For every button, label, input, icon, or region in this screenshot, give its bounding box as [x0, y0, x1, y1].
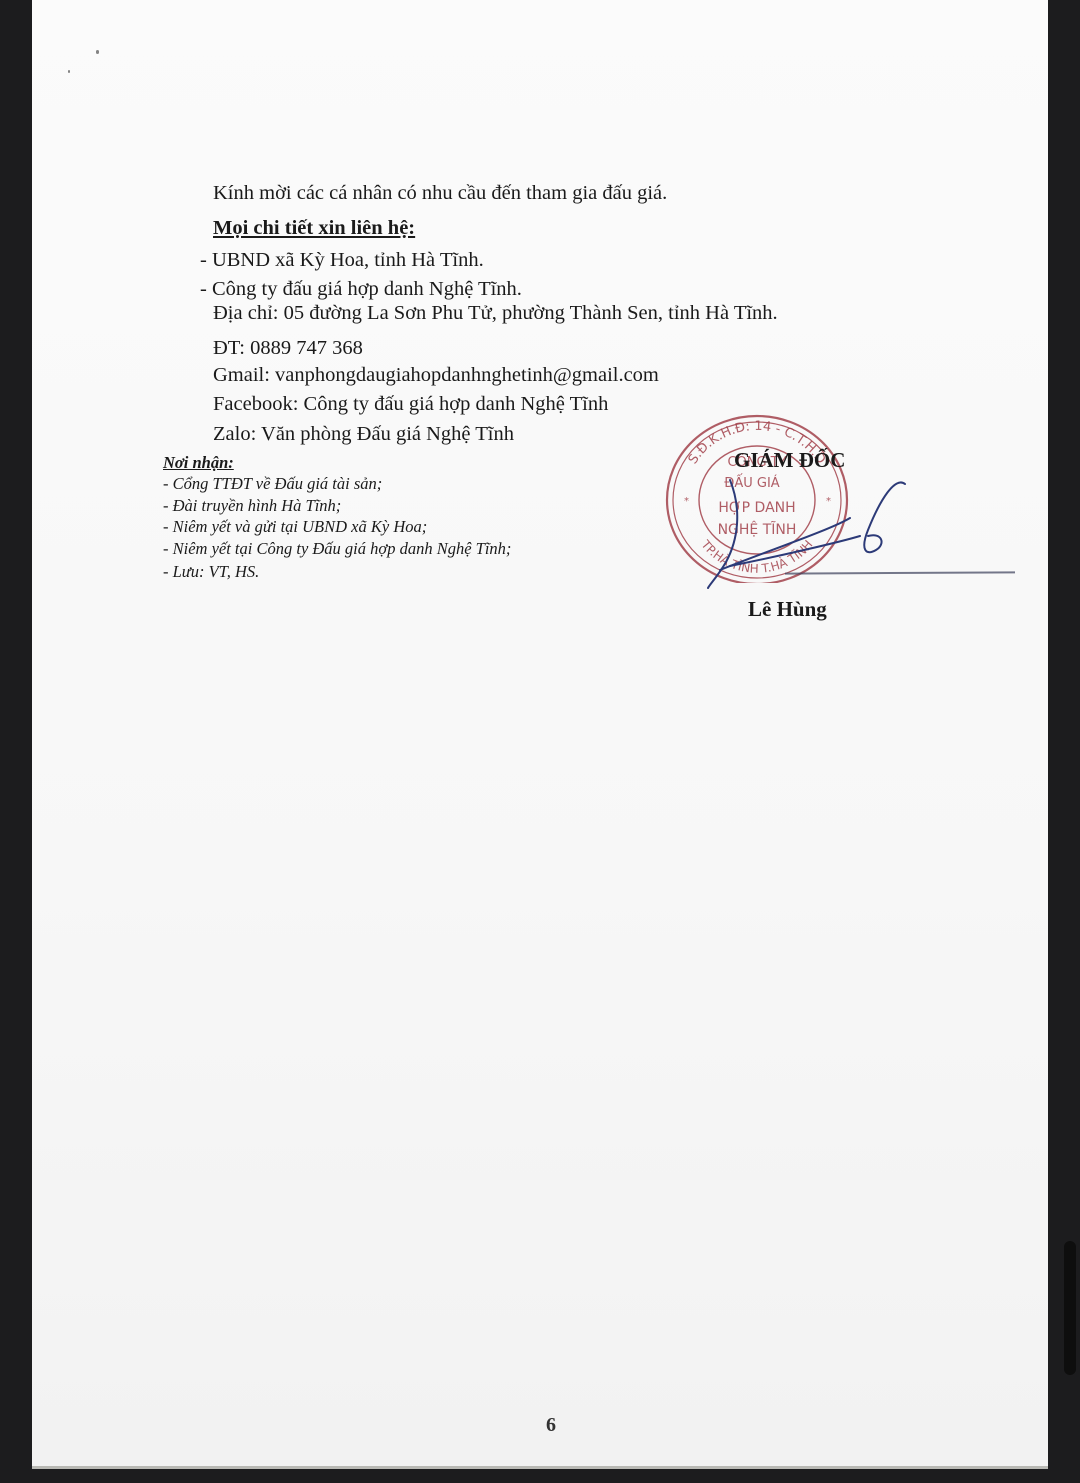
page-number: 6: [546, 1414, 556, 1437]
signer-name: Lê Hùng: [748, 597, 827, 622]
invitation-text: Kính mời các cá nhân có nhu cầu đến tham…: [213, 183, 667, 204]
recipient-item: - Lưu: VT, HS.: [163, 564, 259, 581]
scrollbar-thumb[interactable]: [1064, 1241, 1076, 1375]
recipient-item: - Niêm yết tại Công ty Đấu giá hợp danh …: [163, 541, 511, 558]
scan-speck: [68, 70, 70, 73]
contact-address: Địa chỉ: 05 đường La Sơn Phu Tử, phường …: [213, 303, 778, 324]
contact-facebook: Facebook: Công ty đấu giá hợp danh Nghệ …: [213, 394, 608, 415]
contact-ubnd: - UBND xã Kỳ Hoa, tỉnh Hà Tĩnh.: [200, 250, 484, 271]
contact-zalo: Zalo: Văn phòng Đấu giá Nghệ Tĩnh: [213, 424, 514, 445]
document-page: [32, 0, 1048, 1469]
recipient-item: - Niêm yết và gửi tại UBND xã Kỳ Hoa;: [163, 519, 427, 536]
recipient-item: - Đài truyền hình Hà Tĩnh;: [163, 498, 341, 515]
recipients-heading: Nơi nhận:: [163, 455, 234, 472]
recipient-item: - Cổng TTĐT về Đấu giá tài sản;: [163, 476, 382, 493]
scan-speck: [96, 50, 99, 54]
svg-text:*: *: [684, 496, 689, 507]
contact-gmail[interactable]: Gmail: vanphongdaugiahopdanhnghetinh@gma…: [213, 365, 659, 386]
contact-company: - Công ty đấu giá hợp danh Nghệ Tĩnh.: [200, 279, 522, 300]
contact-heading: Mọi chi tiết xin liên hệ:: [213, 218, 415, 239]
contact-phone: ĐT: 0889 747 368: [213, 338, 363, 359]
